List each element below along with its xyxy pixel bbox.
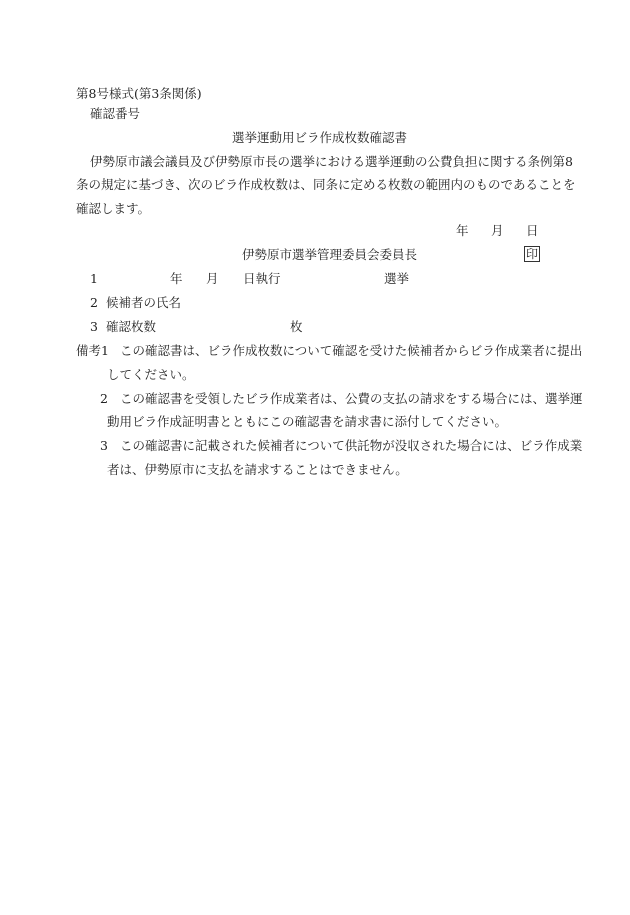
date-year-label: 年: [456, 223, 469, 239]
remark-2-line-1: この確認書を受領したビラ作成業者は、公費の支払の請求をする場合には、選挙運: [120, 391, 583, 407]
election-day-executed-label: 日執行: [243, 271, 281, 287]
remark-1-line-2: してください。: [107, 367, 195, 383]
remark-3-line-1: この確認書に記載された候補者について供託物が没収された場合には、ビラ作成業: [120, 438, 582, 454]
document-title: 選挙運動用ビラ作成枚数確認書: [232, 130, 407, 146]
date-month-label: 月: [491, 223, 504, 239]
body-text-line-3: 確認します。: [76, 201, 150, 217]
body-text-line-2: 条の規定に基づき、次のビラ作成枚数は、同条に定める枚数の範囲内のものであることを: [76, 177, 576, 193]
item-number: 3: [90, 319, 98, 335]
remark-2-number: 2: [100, 391, 108, 407]
remarks-heading: 備考1: [76, 343, 109, 359]
remark-3-number: 3: [100, 438, 108, 454]
remark-2-line-2: 動用ビラ作成証明書とともにこの確認書を請求書に添付してください。: [107, 414, 507, 430]
election-label: 選挙: [384, 271, 409, 287]
candidate-name-label: 候補者の氏名: [106, 295, 181, 311]
election-month-label: 月: [206, 271, 219, 287]
item-number: 1: [90, 271, 98, 287]
remark-1-line-1: この確認書は、ビラ作成枚数について確認を受けた候補者からビラ作成業者に提出: [120, 343, 582, 359]
confirmed-count-label: 確認枚数: [106, 319, 156, 335]
remark-3-line-2: 者は、伊勢原市に支払を請求することはできません。: [107, 462, 408, 478]
seal-mark: 印: [524, 246, 540, 262]
election-year-label: 年: [170, 271, 183, 287]
body-text-line-1: 伊勢原市議会議員及び伊勢原市長の選挙における選挙運動の公費負担に関する条例第8: [90, 154, 573, 170]
form-number: 第8号様式(第3条関係): [76, 86, 202, 102]
confirmation-number-label: 確認番号: [90, 106, 140, 122]
item-number: 2: [90, 295, 98, 311]
issuer-title: 伊勢原市選挙管理委員会委員長: [242, 247, 417, 263]
date-day-label: 日: [526, 223, 539, 239]
count-unit-label: 枚: [290, 319, 303, 335]
